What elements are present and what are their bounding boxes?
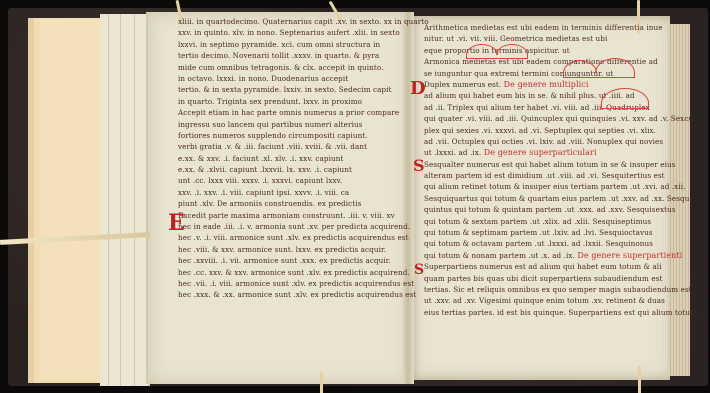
text-line: in quarto. Triginta sex prendunt. lxxv. … <box>178 96 429 107</box>
text-line: mide cum omnibus tetragonis. & clx. acce… <box>178 62 429 73</box>
text-line: qui totum & octavam partem .ut .lxxxi. a… <box>424 238 697 249</box>
text-line: hec .cc. xxv. & xxv. armonice sunt .xlv.… <box>178 267 429 278</box>
text-line: in octavo. lxxxi. in nono. Duodenarius a… <box>178 73 429 84</box>
text-line: fortiores numeros supplendo circumpositi… <box>178 130 429 141</box>
text-line: xliii. in quartodecimo. Quaternarius cap… <box>178 16 429 27</box>
text-line: ad .ii. Triplex qui alium ter habet .vi.… <box>424 102 697 113</box>
decorated-initial: E <box>168 210 185 236</box>
text-line: Sesquiquartus qui totum & quartam eius p… <box>424 193 697 204</box>
text-line: hec .xxviii. .i. vii. armonice sunt .xxx… <box>178 255 429 266</box>
text-line: tertias. Sic et reliquis omnibus ex quo … <box>424 284 697 295</box>
text-line: Duplex numerus est. De genere multiplici <box>424 79 697 90</box>
text-line: verbi gratia .v. & .iii. faciunt .viii. … <box>178 141 429 152</box>
text-line: alteram partem id est dimidium .ut .viii… <box>424 170 697 181</box>
decorated-initial: S <box>414 262 424 278</box>
text-line: eius tertias partes. id est bis quinque.… <box>424 307 697 318</box>
text-line: hec .viii. & xxv. armonice sunt. lxxv. e… <box>178 244 429 255</box>
left-page-text: xliii. in quartodecimo. Quaternarius cap… <box>178 16 429 301</box>
text-line: ingressu suo lancem qui partibus numeri … <box>178 119 429 130</box>
text-line: hec .vii. .i. viii. armonice sunt .xlv. … <box>178 278 429 289</box>
page-pin <box>320 372 323 393</box>
rubric-heading: De genere multiplici <box>504 80 589 89</box>
decorated-initial: S <box>413 156 425 175</box>
text-line: Superpartiens numerus est ad alium qui h… <box>424 261 697 272</box>
page-pin <box>638 366 641 393</box>
text-line: Arithmetica medietas est ubi eadem in te… <box>424 22 697 33</box>
text-line: Excedit parte maxima armoniam construunt… <box>178 210 429 221</box>
text-line: ad .vii. Octuplex qui octies .vi. lxiv. … <box>424 136 697 147</box>
text-line: qui alium retinet totum & insuper eius t… <box>424 181 697 192</box>
text-line: quam partes bis quas ubi dicit superpart… <box>424 273 697 284</box>
text-line: eque proportio in terminis aspicitur. ut <box>424 45 697 56</box>
text-line: xxv. in quinto. xlv. in nono. Septenariu… <box>178 27 429 38</box>
text-line: hec .xxx. & .xx. armonice sunt .xlv. ex … <box>178 289 429 300</box>
text-line: lxxvi. in septimo pyramide. xci. cum omn… <box>178 39 429 50</box>
text-line: ut .xxv. ad .xv. Vigesimi quinque enim t… <box>424 295 697 306</box>
text-line: hec in eade .iii. .i. v. armonia sunt .x… <box>178 221 429 232</box>
text-line: quintus qui totum & quintam partem .ut .… <box>424 204 697 215</box>
text-line: e.xx. & .xlvii. capiunt .lxxvii. lx. xxv… <box>178 164 429 175</box>
decorated-initial: D <box>410 78 426 99</box>
right-page-text: Arithmetica medietas est ubi eadem in te… <box>424 22 697 318</box>
text-line: xxv. .i. xxv. .i. viii. capiunt ipsi. xx… <box>178 187 429 198</box>
text-line: qui totum & nonam partem .ut .x. ad .ix.… <box>424 250 697 261</box>
rubric-heading: De genere superparticulari <box>484 148 597 157</box>
text-line: plex qui sexies .vi. xxxvi. ad .vi. Sept… <box>424 125 697 136</box>
text-line: piunt .xlv. De armoniis construendis. ex… <box>178 198 429 209</box>
text-line: hec .v. .i. viii. armonice sunt .xlv. ex… <box>178 232 429 243</box>
text-line: nitur. ut .vi. vii. viii. Geometrica med… <box>424 33 697 44</box>
text-line: ut .lxxxi. ad .ix. De genere superpartic… <box>424 147 697 158</box>
page-edges-left <box>100 14 150 386</box>
rubric-heading: De genere superpartienti <box>577 251 682 260</box>
text-line: qui quater .vi. viii. ad .iii. Quincuple… <box>424 113 697 124</box>
text-line: qui totum & sextam partem .ut .xlix. ad … <box>424 216 697 227</box>
text-line: Accepit etiam in hac parte omnis numerus… <box>178 107 429 118</box>
text-line: tertio decimo. Novenarii tollit .xxxv. i… <box>178 50 429 61</box>
text-line: se iunguntur qua extremi termini coniung… <box>424 68 697 79</box>
text-line: qui totum & septimam partem .ut .lxiv. a… <box>424 227 697 238</box>
text-line: Sesqualter numerus est qui habet alium t… <box>424 159 697 170</box>
text-line: unt .cc. lxxx viii. xxxv. .i. xxxvi. cap… <box>178 175 429 186</box>
text-line: e.xx. & xxv. .i. faciunt .xl. xlv. .i. x… <box>178 153 429 164</box>
text-line: ad alium qui habet eum bis in se. & nihi… <box>424 90 697 101</box>
text-line: Armonica medietas est ubi eadem comparat… <box>424 56 697 67</box>
text-line: tertio. & in sexta pyramide. lxxiv. in s… <box>178 84 429 95</box>
